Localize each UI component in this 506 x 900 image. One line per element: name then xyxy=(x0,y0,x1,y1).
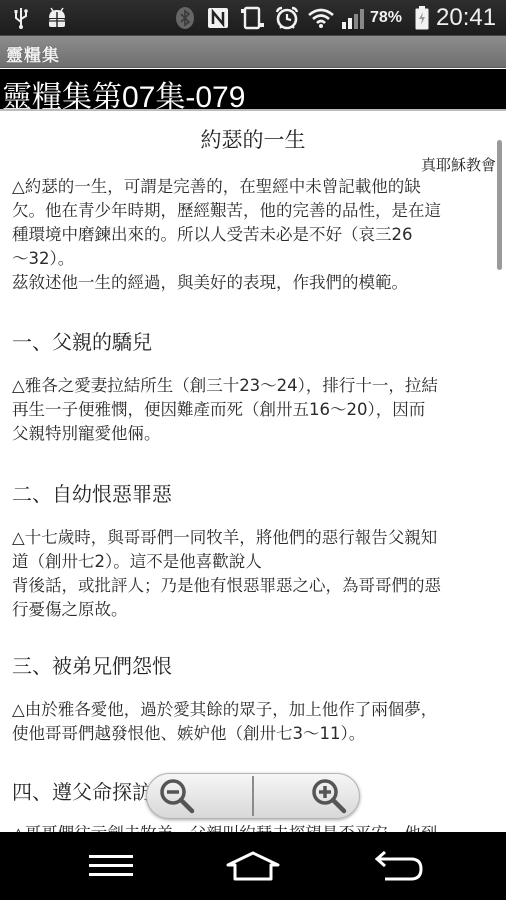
section-paragraph: △雅各之愛妻拉結所生（創三十23～24），排行十一，拉結 再生一子便雅憫，便因難… xyxy=(12,374,482,446)
text-line: 父親特別寵愛他倆。 xyxy=(12,422,482,446)
back-button[interactable] xyxy=(364,846,434,886)
zoom-out-icon xyxy=(157,776,197,816)
collection-header: 靈糧集第07集-079 xyxy=(0,69,506,111)
clock: 20:41 xyxy=(436,4,496,32)
section-paragraph: △哥哥們往示劍去牧羊，父親叫約瑟去探望是否平安，他到 xyxy=(12,822,482,832)
zoom-controls xyxy=(146,773,360,819)
text-line: △十七歲時，與哥哥們一同牧羊，將他們的惡行報告父親知 xyxy=(12,526,482,550)
text-line: 茲敘述他一生的經過，與美好的表現，作我們的模範。 xyxy=(12,271,482,295)
article-content[interactable]: 約瑟的一生 真耶穌教會 △約瑟的一生，可謂是完善的，在聖經中未曾記載他的缺 欠。… xyxy=(0,112,506,832)
text-line: △哥哥們往示劍去牧羊，父親叫約瑟去探望是否平安，他到 xyxy=(12,822,482,832)
usb-icon xyxy=(12,6,30,30)
section-heading: 四、遵父命探訪 xyxy=(12,776,152,805)
collection-title: 靈糧集第07集-079 xyxy=(2,72,245,116)
vertical-scrollbar[interactable] xyxy=(497,140,502,270)
text-line: 道（創卅七2）。這不是他喜歡說人 xyxy=(12,550,482,574)
section-paragraph: △由於雅各愛他，過於愛其餘的眾子，加上他作了兩個夢， 使他哥哥們越發恨他、嫉妒他… xyxy=(12,698,482,746)
back-icon xyxy=(373,851,425,881)
section-heading: 一、父親的驕兒 xyxy=(12,326,152,355)
text-line: 種環境中磨鍊出來的。所以人受苦未必是不好（哀三26 xyxy=(12,223,482,247)
battery-percent: 78% xyxy=(370,9,402,27)
article-source: 真耶穌教會 xyxy=(421,154,496,175)
wifi-icon xyxy=(306,6,336,30)
text-line: 欠。他在青少年時期，歷經艱苦，他的完善的品性，是在這 xyxy=(12,199,482,223)
navigation-bar xyxy=(0,832,506,900)
home-icon xyxy=(225,851,281,881)
nfc-icon xyxy=(206,6,230,30)
zoom-in-icon xyxy=(309,776,349,816)
text-line: 行憂傷之原故。 xyxy=(12,598,482,622)
text-line: ～32）。 xyxy=(12,247,482,271)
android-debug-icon xyxy=(44,6,70,30)
section-heading: 三、被弟兄們怨恨 xyxy=(12,650,172,679)
text-line: △約瑟的一生，可謂是完善的，在聖經中未曾記載他的缺 xyxy=(12,175,482,199)
intro-paragraph: △約瑟的一生，可謂是完善的，在聖經中未曾記載他的缺 欠。他在青少年時期，歷經艱苦… xyxy=(12,175,482,295)
menu-button[interactable] xyxy=(76,846,146,886)
text-line: 使他哥哥們越發恨他、嫉妒他（創卅七3～11）。 xyxy=(12,722,482,746)
signal-icon xyxy=(340,6,368,30)
app-title-bar: 靈糧集 xyxy=(0,36,506,68)
section-paragraph: △十七歲時，與哥哥們一同牧羊，將他們的惡行報告父親知 道（創卅七2）。這不是他喜… xyxy=(12,526,482,622)
text-line: △雅各之愛妻拉結所生（創三十23～24），排行十一，拉結 xyxy=(12,374,482,398)
zoom-in-button[interactable] xyxy=(254,774,359,818)
section-heading: 二、自幼恨惡罪惡 xyxy=(12,478,172,507)
app-title: 靈糧集 xyxy=(6,41,60,66)
text-line: 再生一子便雅憫，便因難產而死（創卅五16～20），因而 xyxy=(12,398,482,422)
menu-icon xyxy=(87,853,135,879)
zoom-out-button[interactable] xyxy=(147,774,252,818)
battery-charging-icon xyxy=(414,6,430,30)
vibrate-icon xyxy=(240,6,266,30)
text-line: △由於雅各愛他，過於愛其餘的眾子，加上他作了兩個夢， xyxy=(12,698,482,722)
status-bar: 78% 20:41 xyxy=(0,0,506,36)
article-title: 約瑟的一生 xyxy=(0,124,506,154)
text-line: 背後話，或批評人；乃是他有恨惡罪惡之心，為哥哥們的惡 xyxy=(12,574,482,598)
alarm-icon xyxy=(274,6,300,30)
home-button[interactable] xyxy=(218,846,288,886)
bluetooth-icon xyxy=(174,6,196,30)
